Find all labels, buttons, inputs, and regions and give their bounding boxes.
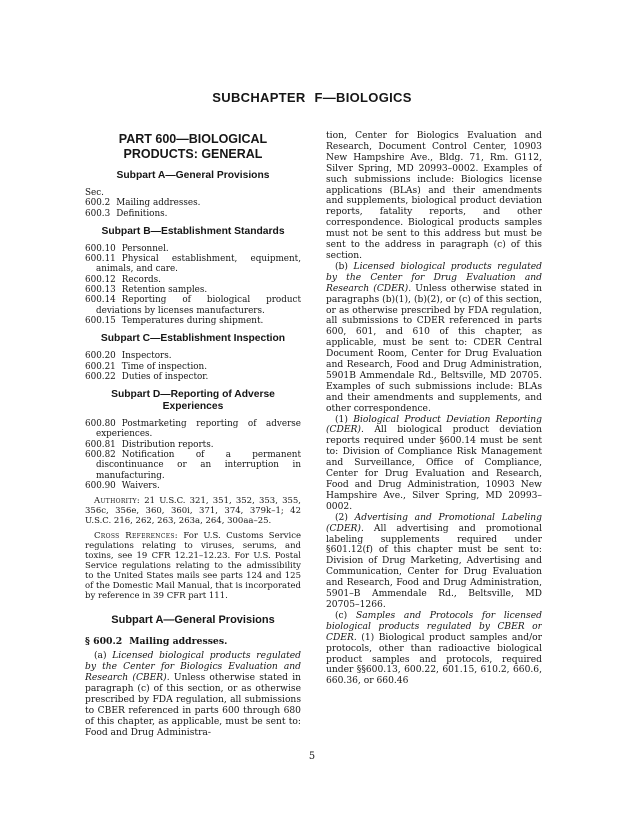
- toc-entry: 600.14Reporting of biological product de…: [85, 295, 301, 316]
- toc-entry: 600.22Duties of inspector.: [85, 372, 301, 382]
- left-column: PART 600—BIOLOGICAL PRODUCTS: GENERAL Su…: [85, 131, 301, 751]
- toc-entry-number: 600.80: [85, 419, 122, 429]
- body-paragraph: (2) Advertising and Promotional Labeling…: [326, 513, 542, 611]
- toc-entry-number: 600.15: [85, 316, 122, 326]
- toc-entry: 600.10Personnel.: [85, 244, 301, 254]
- toc-entry: 600.11Physical establishment, equipment,…: [85, 254, 301, 275]
- toc-sec-label: Sec.: [85, 188, 301, 198]
- right-column: tion, Center for Biologics Evaluation an…: [326, 131, 542, 751]
- toc-entry-number: 600.82: [85, 450, 122, 460]
- text-run: All biological product deviation reports…: [326, 425, 542, 511]
- toc-entry: 600.2Mailing addresses.: [85, 198, 301, 208]
- cross-references-note: Cross References: For U.S. Customs Servi…: [85, 531, 301, 601]
- toc-entry: 600.20Inspectors.: [85, 351, 301, 361]
- text-run: (2): [335, 513, 355, 523]
- toc-subpart-heading: Subpart D—Reporting of Adverse Experienc…: [87, 389, 299, 413]
- toc-entry: 600.80Postmarketing reporting of adverse…: [85, 419, 301, 440]
- section-number: § 600.2: [85, 636, 129, 647]
- paragraph-a: (a) Licensed biological products regulat…: [85, 651, 301, 738]
- toc-subpart-heading: Subpart B—Establishment Standards: [87, 226, 299, 238]
- toc-entry-title: Retention samples.: [122, 285, 207, 295]
- toc-entry-title: Temperatures during shipment.: [122, 316, 264, 326]
- text-run: tion, Center for Biologics Evaluation an…: [326, 131, 542, 261]
- toc-entry-number: 600.20: [85, 351, 122, 361]
- toc-entry-number: 600.22: [85, 372, 122, 382]
- text-run: Unless otherwise stated in paragraphs (b…: [326, 284, 542, 414]
- two-column-layout: PART 600—BIOLOGICAL PRODUCTS: GENERAL Su…: [85, 131, 542, 751]
- toc-subpart-heading: Subpart A—General Provisions: [87, 170, 299, 182]
- toc-entry: 600.90Waivers.: [85, 481, 301, 491]
- toc-entry: 600.3Definitions.: [85, 209, 301, 219]
- toc-entry-number: 600.14: [85, 295, 122, 305]
- toc-entry-title: Waivers.: [122, 481, 160, 491]
- toc-entry: 600.81Distribution reports.: [85, 440, 301, 450]
- text-run: (b): [335, 262, 354, 272]
- section-title: Mailing addresses.: [129, 636, 227, 647]
- cross-references-text: For U.S. Customs Service regulations rel…: [85, 531, 301, 601]
- body-paragraph: (c) Samples and Protocols for licensed b…: [326, 611, 542, 687]
- toc-entry-number: 600.81: [85, 440, 122, 450]
- text-run: All advertising and promotional labeling…: [326, 524, 542, 610]
- toc-entry: 600.15Temperatures during shipment.: [85, 316, 301, 326]
- authority-note: Authority: 21 U.S.C. 321, 351, 352, 353,…: [85, 496, 301, 526]
- toc-entry-number: 600.2: [85, 198, 116, 208]
- toc-entry: 600.21Time of inspection.: [85, 362, 301, 372]
- part-heading: PART 600—BIOLOGICAL PRODUCTS: GENERAL: [93, 132, 293, 161]
- body-paragraph: tion, Center for Biologics Evaluation an…: [326, 131, 542, 262]
- toc-entry-number: 600.21: [85, 362, 122, 372]
- toc-entry-number: 600.12: [85, 275, 122, 285]
- toc-entry-title: Duties of inspector.: [122, 372, 209, 382]
- text-run: (1) Biological product samples and/or pr…: [326, 633, 542, 687]
- text-run: (a): [94, 651, 112, 661]
- authority-label: Authority:: [94, 496, 140, 506]
- subpart-a-body-heading: Subpart A—General Provisions: [85, 614, 301, 627]
- toc-entry-title: Notification of a permanent discontinuan…: [96, 450, 301, 481]
- text-run: (1): [335, 415, 353, 425]
- toc-entry: 600.12Records.: [85, 275, 301, 285]
- toc-entry-number: 600.3: [85, 209, 116, 219]
- toc-entry-title: Mailing addresses.: [116, 198, 200, 208]
- toc-entry-title: Personnel.: [122, 244, 169, 254]
- table-of-contents: Subpart A—General ProvisionsSec.600.2Mai…: [85, 170, 301, 491]
- document-page: SUBCHAPTER F—BIOLOGICS PART 600—BIOLOGIC…: [0, 0, 624, 832]
- body-paragraph: (1) Biological Product Deviation Reporti…: [326, 415, 542, 513]
- section-heading: § 600.2Mailing addresses.: [85, 636, 301, 647]
- page-number: 5: [0, 751, 624, 762]
- toc-entry-number: 600.13: [85, 285, 122, 295]
- toc-entry-title: Reporting of biological product deviatio…: [96, 295, 301, 315]
- subchapter-title: SUBCHAPTER F—BIOLOGICS: [0, 90, 624, 105]
- toc-entry-number: 600.90: [85, 481, 122, 491]
- toc-entry-title: Records.: [122, 275, 161, 285]
- cross-references-label: Cross References:: [94, 531, 178, 541]
- toc-entry-title: Inspectors.: [122, 351, 172, 361]
- toc-entry-title: Physical establishment, equipment, anima…: [96, 254, 301, 274]
- body-paragraph: (b) Licensed biological products regulat…: [326, 262, 542, 415]
- toc-entry-title: Distribution reports.: [122, 440, 214, 450]
- toc-entry-title: Time of inspection.: [122, 362, 207, 372]
- toc-subpart-heading: Subpart C—Establishment Inspection: [87, 333, 299, 345]
- toc-entry-title: Definitions.: [116, 209, 167, 219]
- toc-entry-number: 600.10: [85, 244, 122, 254]
- toc-entry-title: Postmarketing reporting of adverse exper…: [96, 419, 301, 439]
- toc-entry: 600.13Retention samples.: [85, 285, 301, 295]
- toc-entry-number: 600.11: [85, 254, 122, 264]
- toc-entry: 600.82Notification of a permanent discon…: [85, 450, 301, 481]
- text-run: (c): [335, 611, 356, 621]
